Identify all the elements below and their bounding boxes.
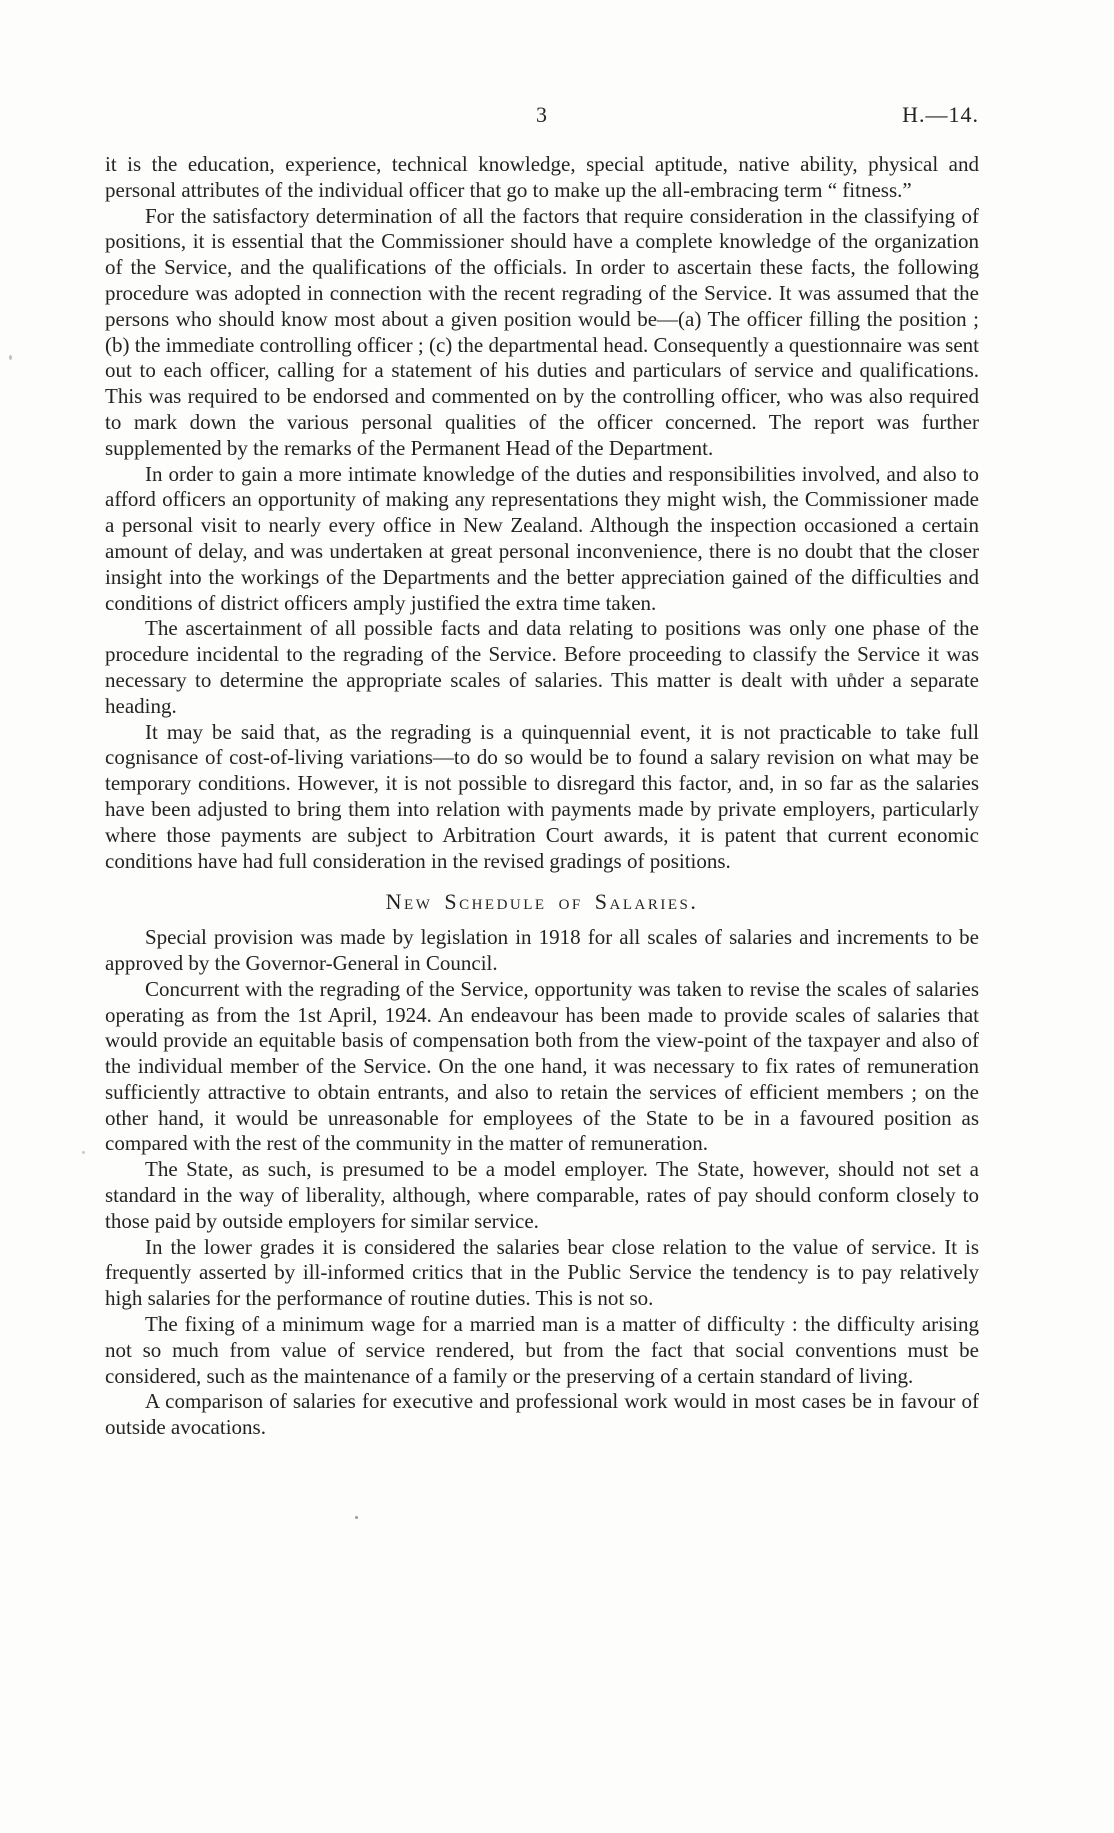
intro-paragraphs: it is the education, experience, technic… <box>105 152 979 874</box>
paragraph: The ascertainment of all possible facts … <box>105 616 979 719</box>
paragraph: The State, as such, is presumed to be a … <box>105 1157 979 1234</box>
paragraph: Special provision was made by legislatio… <box>105 925 979 977</box>
paragraph: In the lower grades it is considered the… <box>105 1235 979 1312</box>
scan-speck <box>9 355 12 360</box>
paragraph: In order to gain a more intimate knowled… <box>105 462 979 617</box>
page-content: 3 H.—14. it is the education, experience… <box>105 102 979 1441</box>
paragraph: it is the education, experience, technic… <box>105 152 979 204</box>
paragraph: Concurrent with the regrading of the Ser… <box>105 977 979 1158</box>
paragraph: For the satisfactory determination of al… <box>105 204 979 462</box>
document-body: it is the education, experience, technic… <box>105 152 979 1441</box>
paragraph: The fixing of a minimum wage for a marri… <box>105 1312 979 1389</box>
paragraph: A comparison of salaries for executive a… <box>105 1389 979 1441</box>
scan-speck <box>355 1516 358 1519</box>
scanned-page: 3 H.—14. it is the education, experience… <box>0 0 1114 1833</box>
section-heading: New Schedule of Salaries. <box>105 889 979 915</box>
document-reference: H.—14. <box>902 102 979 128</box>
scan-speck <box>82 1151 85 1154</box>
page-number: 3 <box>105 102 979 128</box>
paragraph: It may be said that, as the regrading is… <box>105 720 979 875</box>
salary-paragraphs: Special provision was made by legislatio… <box>105 925 979 1441</box>
running-header: 3 H.—14. <box>105 102 979 132</box>
